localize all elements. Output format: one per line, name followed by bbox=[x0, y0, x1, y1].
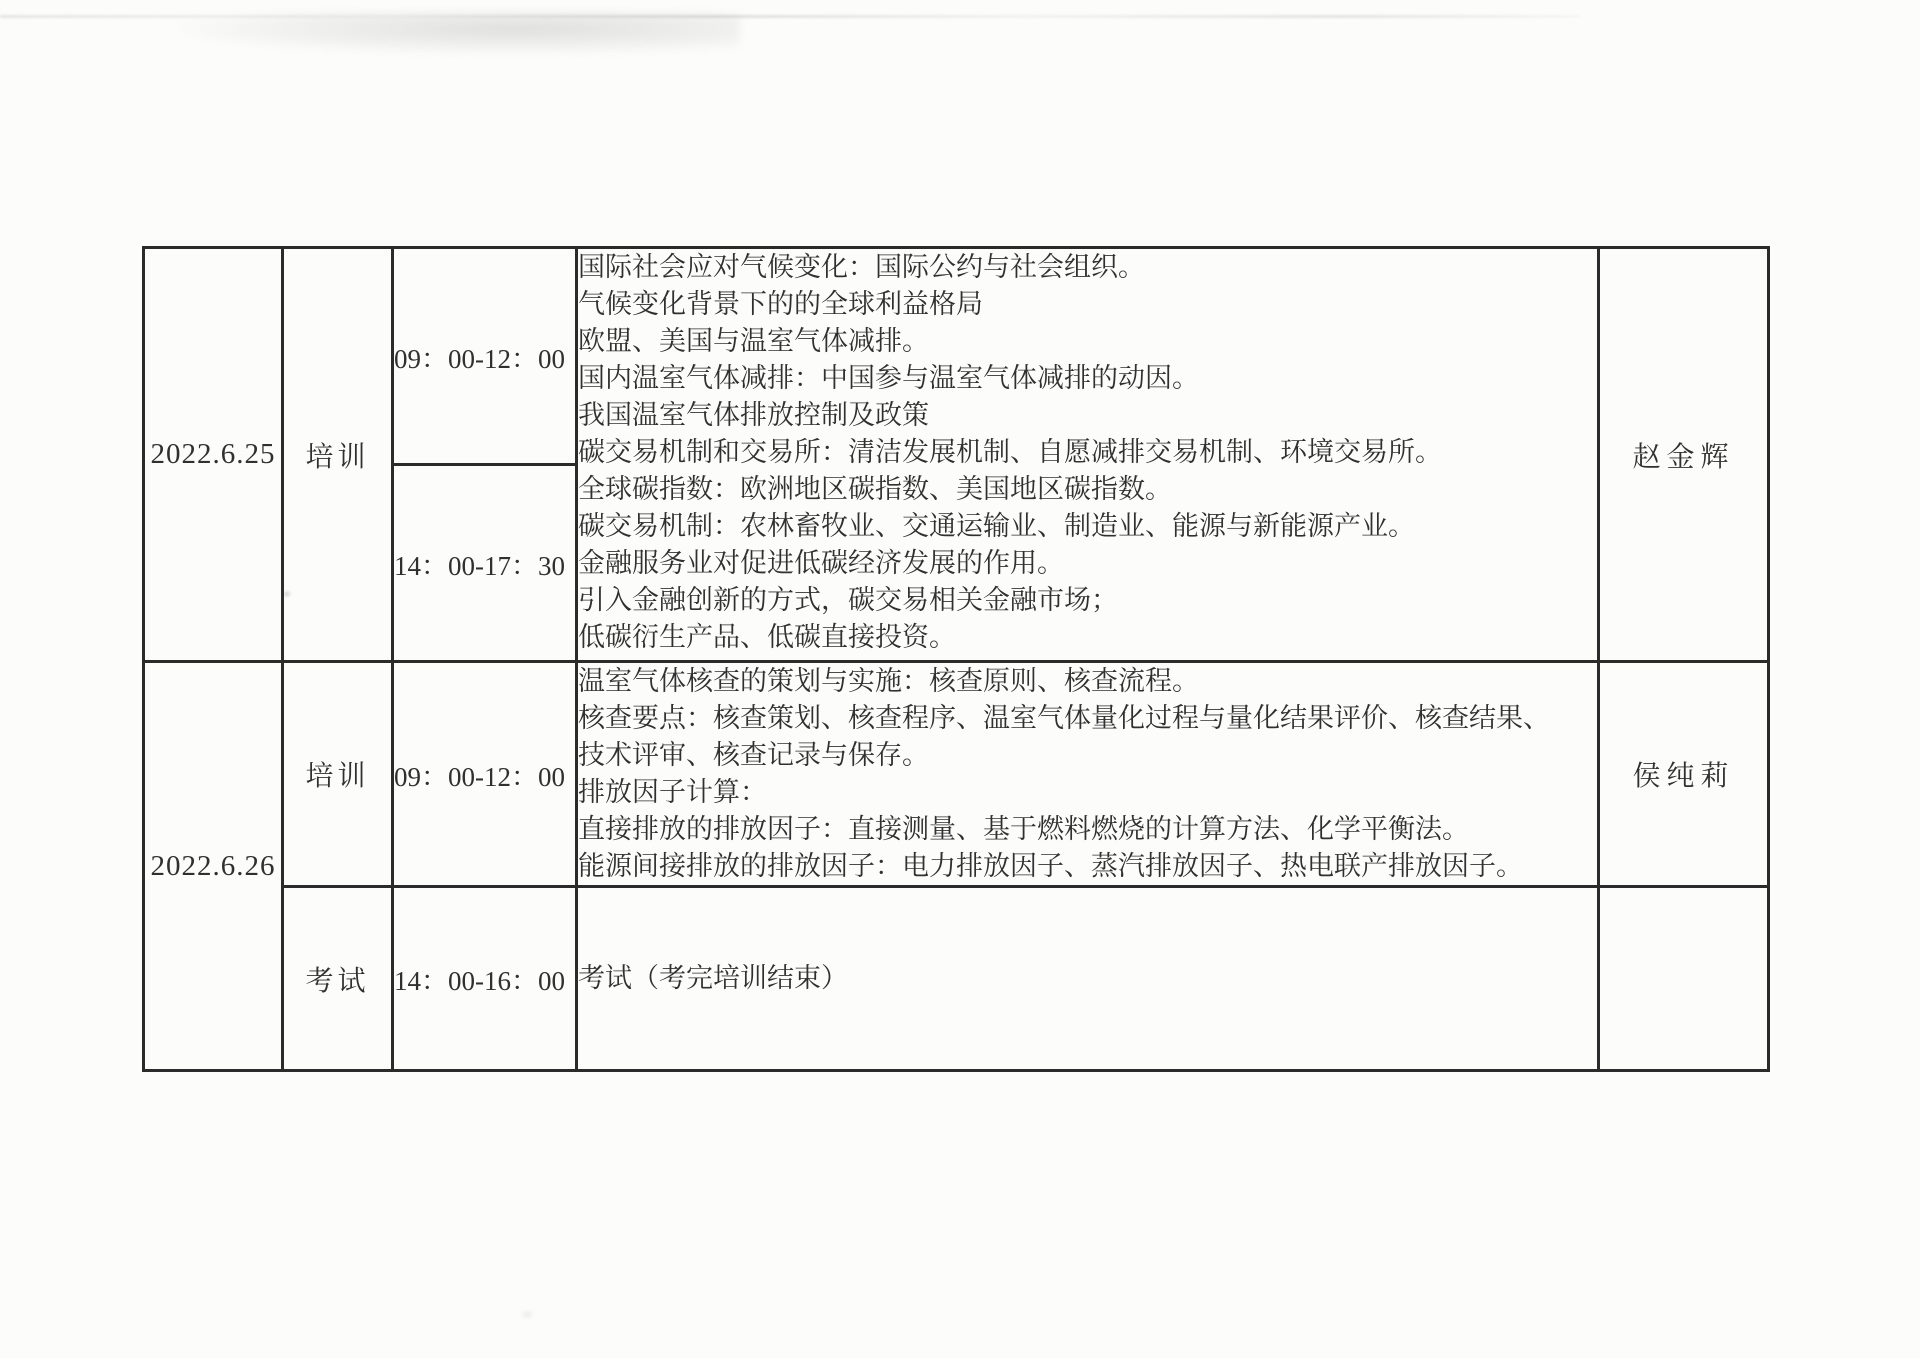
course-content-line: 气候变化背景下的的全球利益格局 bbox=[578, 286, 1597, 323]
course-content-line: 金融服务业对促进低碳经济发展的作用。 bbox=[578, 545, 1597, 582]
training-schedule-table: 2022.6.25 培训 09：00-12：00 国际社会应对气候变化：国际公约… bbox=[142, 246, 1770, 1072]
course-content-line: 技术评审、核查记录与保存。 bbox=[578, 737, 1597, 774]
table-row: 2022.6.25 培训 09：00-12：00 国际社会应对气候变化：国际公约… bbox=[144, 248, 1769, 465]
course-content-line: 考试（考完培训结束） bbox=[578, 960, 1597, 997]
course-content-line: 碳交易机制：农林畜牧业、交通运输业、制造业、能源与新能源产业。 bbox=[578, 508, 1597, 545]
scanned-document-page: { "colors": { "paper": "#fcfcfb", "table… bbox=[0, 0, 1920, 1358]
scan-artifact-dot bbox=[520, 1310, 534, 1319]
course-content-line: 碳交易机制和交易所：清洁发展机制、自愿减排交易机制、环境交易所。 bbox=[578, 434, 1597, 471]
time-slot-day2-training: 09：00-12：00 bbox=[393, 662, 577, 887]
course-content-line: 核查要点：核查策划、核查程序、温室气体量化过程与量化结果评价、核查结果、 bbox=[578, 700, 1597, 737]
instructor-day2-training: 侯纯莉 bbox=[1599, 662, 1769, 887]
time-slot-day1-morning: 09：00-12：00 bbox=[393, 248, 577, 465]
session-type-day2-exam: 考试 bbox=[283, 887, 393, 1071]
instructor-day1: 赵金辉 bbox=[1599, 248, 1769, 662]
instructor-day2-exam bbox=[1599, 887, 1769, 1071]
course-content-line: 能源间接排放的排放因子：电力排放因子、蒸汽排放因子、热电联产排放因子。 bbox=[578, 848, 1597, 885]
course-content-line: 温室气体核查的策划与实施：核查原则、核查流程。 bbox=[578, 663, 1597, 700]
time-slot-day2-exam: 14：00-16：00 bbox=[393, 887, 577, 1071]
course-content-day1: 国际社会应对气候变化：国际公约与社会组织。 气候变化背景下的的全球利益格局 欧盟… bbox=[577, 248, 1599, 662]
course-content-line: 国内温室气体减排：中国参与温室气体减排的动因。 bbox=[578, 360, 1597, 397]
session-type-day2-training: 培训 bbox=[283, 662, 393, 887]
date-cell-day2: 2022.6.26 bbox=[144, 662, 283, 1071]
table-row: 2022.6.26 培训 09：00-12：00 温室气体核查的策划与实施：核查… bbox=[144, 662, 1769, 887]
date-cell-day1: 2022.6.25 bbox=[144, 248, 283, 662]
table-row: 考试 14：00-16：00 考试（考完培训结束） bbox=[144, 887, 1769, 1071]
course-content-line: 全球碳指数：欧洲地区碳指数、美国地区碳指数。 bbox=[578, 471, 1597, 508]
course-content-line: 低碳衍生产品、低碳直接投资。 bbox=[578, 619, 1597, 656]
course-content-line: 国际社会应对气候变化：国际公约与社会组织。 bbox=[578, 249, 1597, 286]
time-slot-day1-afternoon: 14：00-17：30 bbox=[393, 465, 577, 662]
course-content-line: 排放因子计算： bbox=[578, 774, 1597, 811]
course-content-line: 欧盟、美国与温室气体减排。 bbox=[578, 323, 1597, 360]
scan-artifact-smudge bbox=[180, 12, 740, 54]
course-content-day2-training: 温室气体核查的策划与实施：核查原则、核查流程。 核查要点：核查策划、核查程序、温… bbox=[577, 662, 1599, 887]
course-content-line: 我国温室气体排放控制及政策 bbox=[578, 397, 1597, 434]
course-content-day2-exam: 考试（考完培训结束） bbox=[577, 887, 1599, 1071]
course-content-line: 直接排放的排放因子：直接测量、基于燃料燃烧的计算方法、化学平衡法。 bbox=[578, 811, 1597, 848]
session-type-day1: 培训 bbox=[283, 248, 393, 662]
course-content-line: 引入金融创新的方式，碳交易相关金融市场； bbox=[578, 582, 1597, 619]
